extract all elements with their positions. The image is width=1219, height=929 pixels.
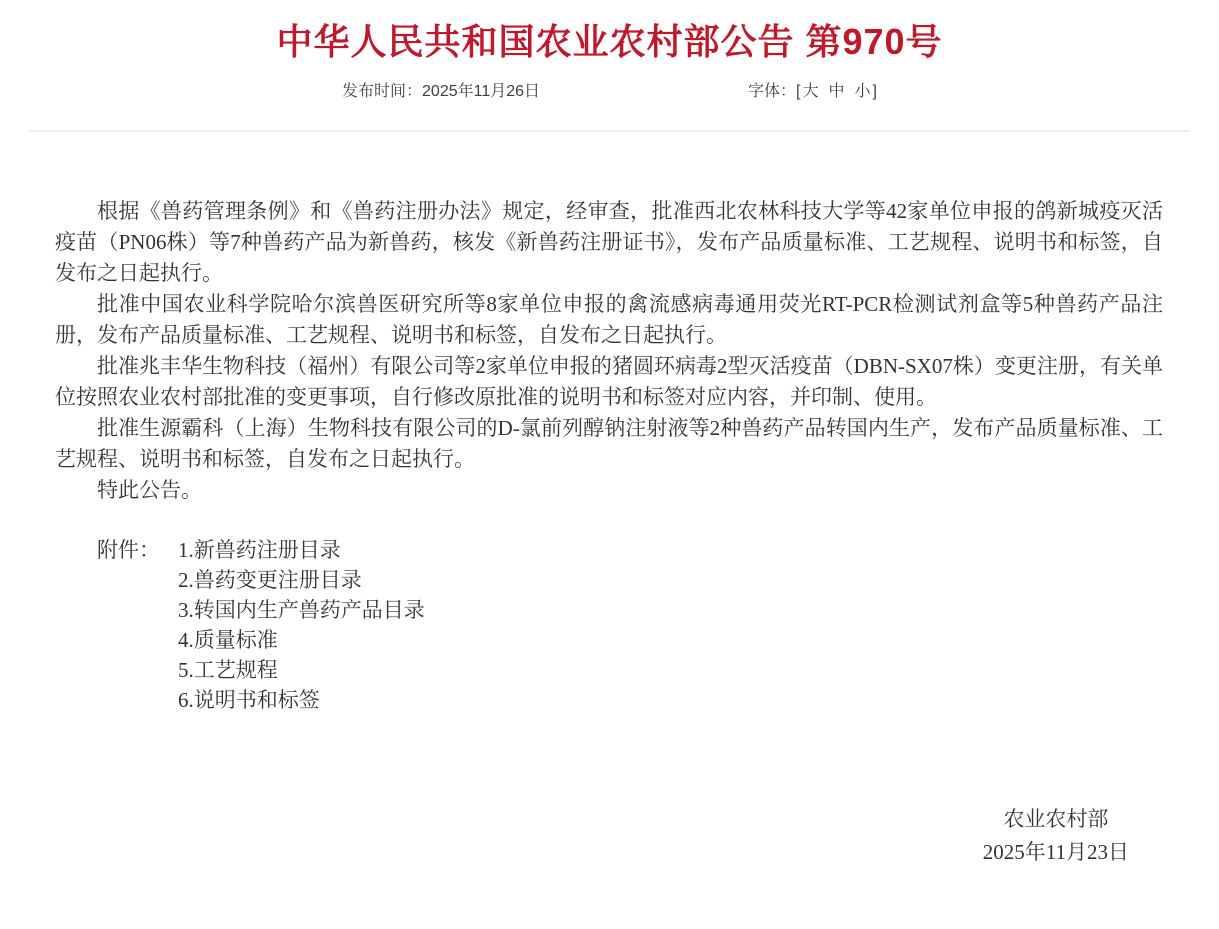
- announcement-page: 中华人民共和国农业农村部公告 第970号 发布时间：2025年11月26日 字体…: [0, 0, 1219, 929]
- font-size-bracket-open: [: [796, 83, 800, 100]
- attachments-list: 1.新兽药注册目录 2.兽药变更注册目录 3.转国内生产兽药产品目录 4.质量标…: [178, 535, 425, 715]
- attachment-item: 6.说明书和标签: [178, 685, 425, 715]
- attachment-item: 3.转国内生产兽药产品目录: [178, 595, 425, 625]
- attachment-item: 2.兽药变更注册目录: [178, 565, 425, 595]
- publish-time-label: 发布时间：: [342, 83, 422, 100]
- attachment-item: 1.新兽药注册目录: [178, 535, 425, 565]
- signature-block: 农业农村部 2025年11月23日: [0, 803, 1219, 869]
- font-size-control: 字体：[大中小]: [748, 82, 877, 102]
- attachments-section: 附件： 1.新兽药注册目录 2.兽药变更注册目录 3.转国内生产兽药产品目录 4…: [55, 535, 1163, 715]
- body-paragraph: 批准中国农业科学院哈尔滨兽医研究所等8家单位申报的禽流感病毒通用荧光RT-PCR…: [55, 289, 1163, 351]
- body-paragraph: 批准兆丰华生物科技（福州）有限公司等2家单位申报的猪圆环病毒2型灭活疫苗（DBN…: [55, 351, 1163, 413]
- attachment-item: 4.质量标准: [178, 625, 425, 655]
- attachment-item: 5.工艺规程: [178, 655, 425, 685]
- body-paragraph: 根据《兽药管理条例》和《兽药注册办法》规定，经审查，批准西北农林科技大学等42家…: [55, 196, 1163, 289]
- font-size-bracket-close: ]: [873, 83, 877, 100]
- header-divider: [29, 130, 1190, 132]
- font-size-label: 字体：: [748, 83, 796, 100]
- announcement-body: 根据《兽药管理条例》和《兽药注册办法》规定，经审查，批准西北农林科技大学等42家…: [55, 196, 1163, 506]
- closing-statement: 特此公告。: [55, 475, 1163, 506]
- page-title: 中华人民共和国农业农村部公告 第970号: [0, 0, 1219, 62]
- signature-issuer: 农业农村部: [983, 803, 1129, 836]
- body-paragraph: 批准生源霸科（上海）生物科技有限公司的D-氯前列醇钠注射液等2种兽药产品转国内生…: [55, 413, 1163, 475]
- attachments-label: 附件：: [97, 535, 160, 565]
- font-size-medium-button[interactable]: 中: [829, 83, 845, 100]
- signature-date: 2025年11月23日: [983, 836, 1129, 869]
- publish-time-value: 2025年11月26日: [422, 83, 540, 100]
- font-size-large-button[interactable]: 大: [803, 83, 819, 100]
- meta-row: 发布时间：2025年11月26日 字体：[大中小]: [0, 82, 1219, 102]
- publish-time: 发布时间：2025年11月26日: [342, 82, 540, 102]
- font-size-small-button[interactable]: 小: [855, 83, 871, 100]
